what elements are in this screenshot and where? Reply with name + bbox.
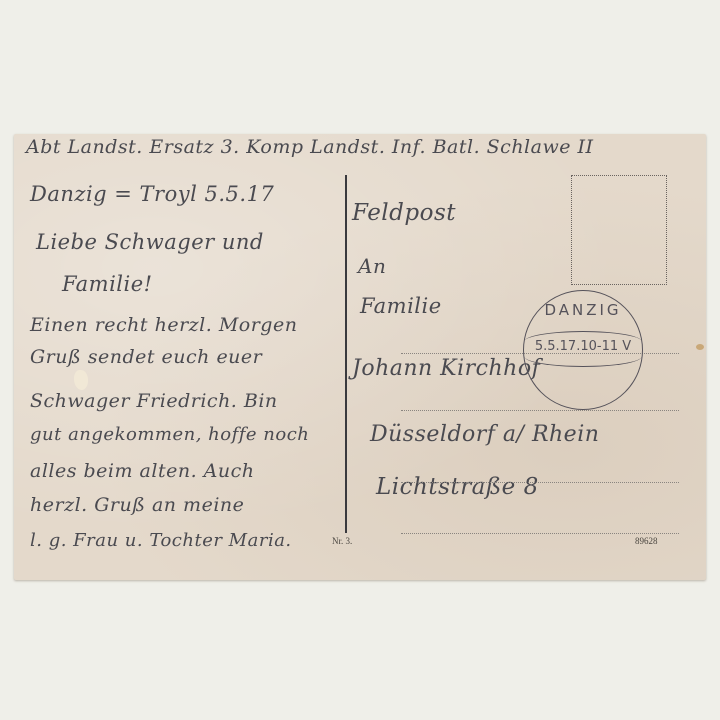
- message-line: alles beim alten. Auch: [30, 460, 255, 482]
- sender-unit-line: Abt Landst. Ersatz 3. Komp Landst. Inf. …: [26, 136, 594, 158]
- address-line: Johann Kirchhof: [352, 356, 540, 381]
- message-line: herzl. Gruß an meine: [30, 494, 244, 516]
- sender-location-date: Danzig = Troyl 5.5.17: [30, 182, 274, 206]
- message-line: l. g. Frau u. Tochter Maria.: [30, 530, 292, 551]
- postmark-date: 5.5.17.10-11 V: [524, 339, 642, 354]
- print-number: Nr. 3.: [332, 536, 352, 546]
- message-line: Schwager Friedrich. Bin: [30, 390, 278, 412]
- feldpost-label: Feldpost: [352, 200, 456, 226]
- message-line: Gruß sendet euch euer: [30, 346, 262, 368]
- catalog-number: 89628: [635, 536, 658, 546]
- message-line: gut angekommen, hoffe noch: [30, 424, 309, 445]
- postmark-city: DANZIG: [524, 301, 642, 319]
- stamp-box: [571, 175, 667, 285]
- address-line: Familie: [360, 294, 442, 318]
- address-dotted-line: [401, 533, 679, 534]
- address-line: Lichtstraße 8: [376, 474, 539, 500]
- postmark: DANZIG 5.5.17.10-11 V: [523, 290, 643, 410]
- address-dotted-line: [401, 482, 679, 483]
- address-line: An: [358, 254, 386, 278]
- message-line: Einen recht herzl. Morgen: [30, 314, 297, 336]
- address-dotted-line: [401, 410, 679, 411]
- paper-stain: [696, 344, 704, 350]
- address-line: Düsseldorf a/ Rhein: [370, 422, 599, 447]
- center-divider: [345, 175, 347, 533]
- message-line: Familie!: [62, 272, 153, 296]
- message-line: Liebe Schwager und: [36, 230, 264, 254]
- paper-stain: [74, 370, 88, 390]
- postcard: Abt Landst. Ersatz 3. Komp Landst. Inf. …: [14, 134, 706, 580]
